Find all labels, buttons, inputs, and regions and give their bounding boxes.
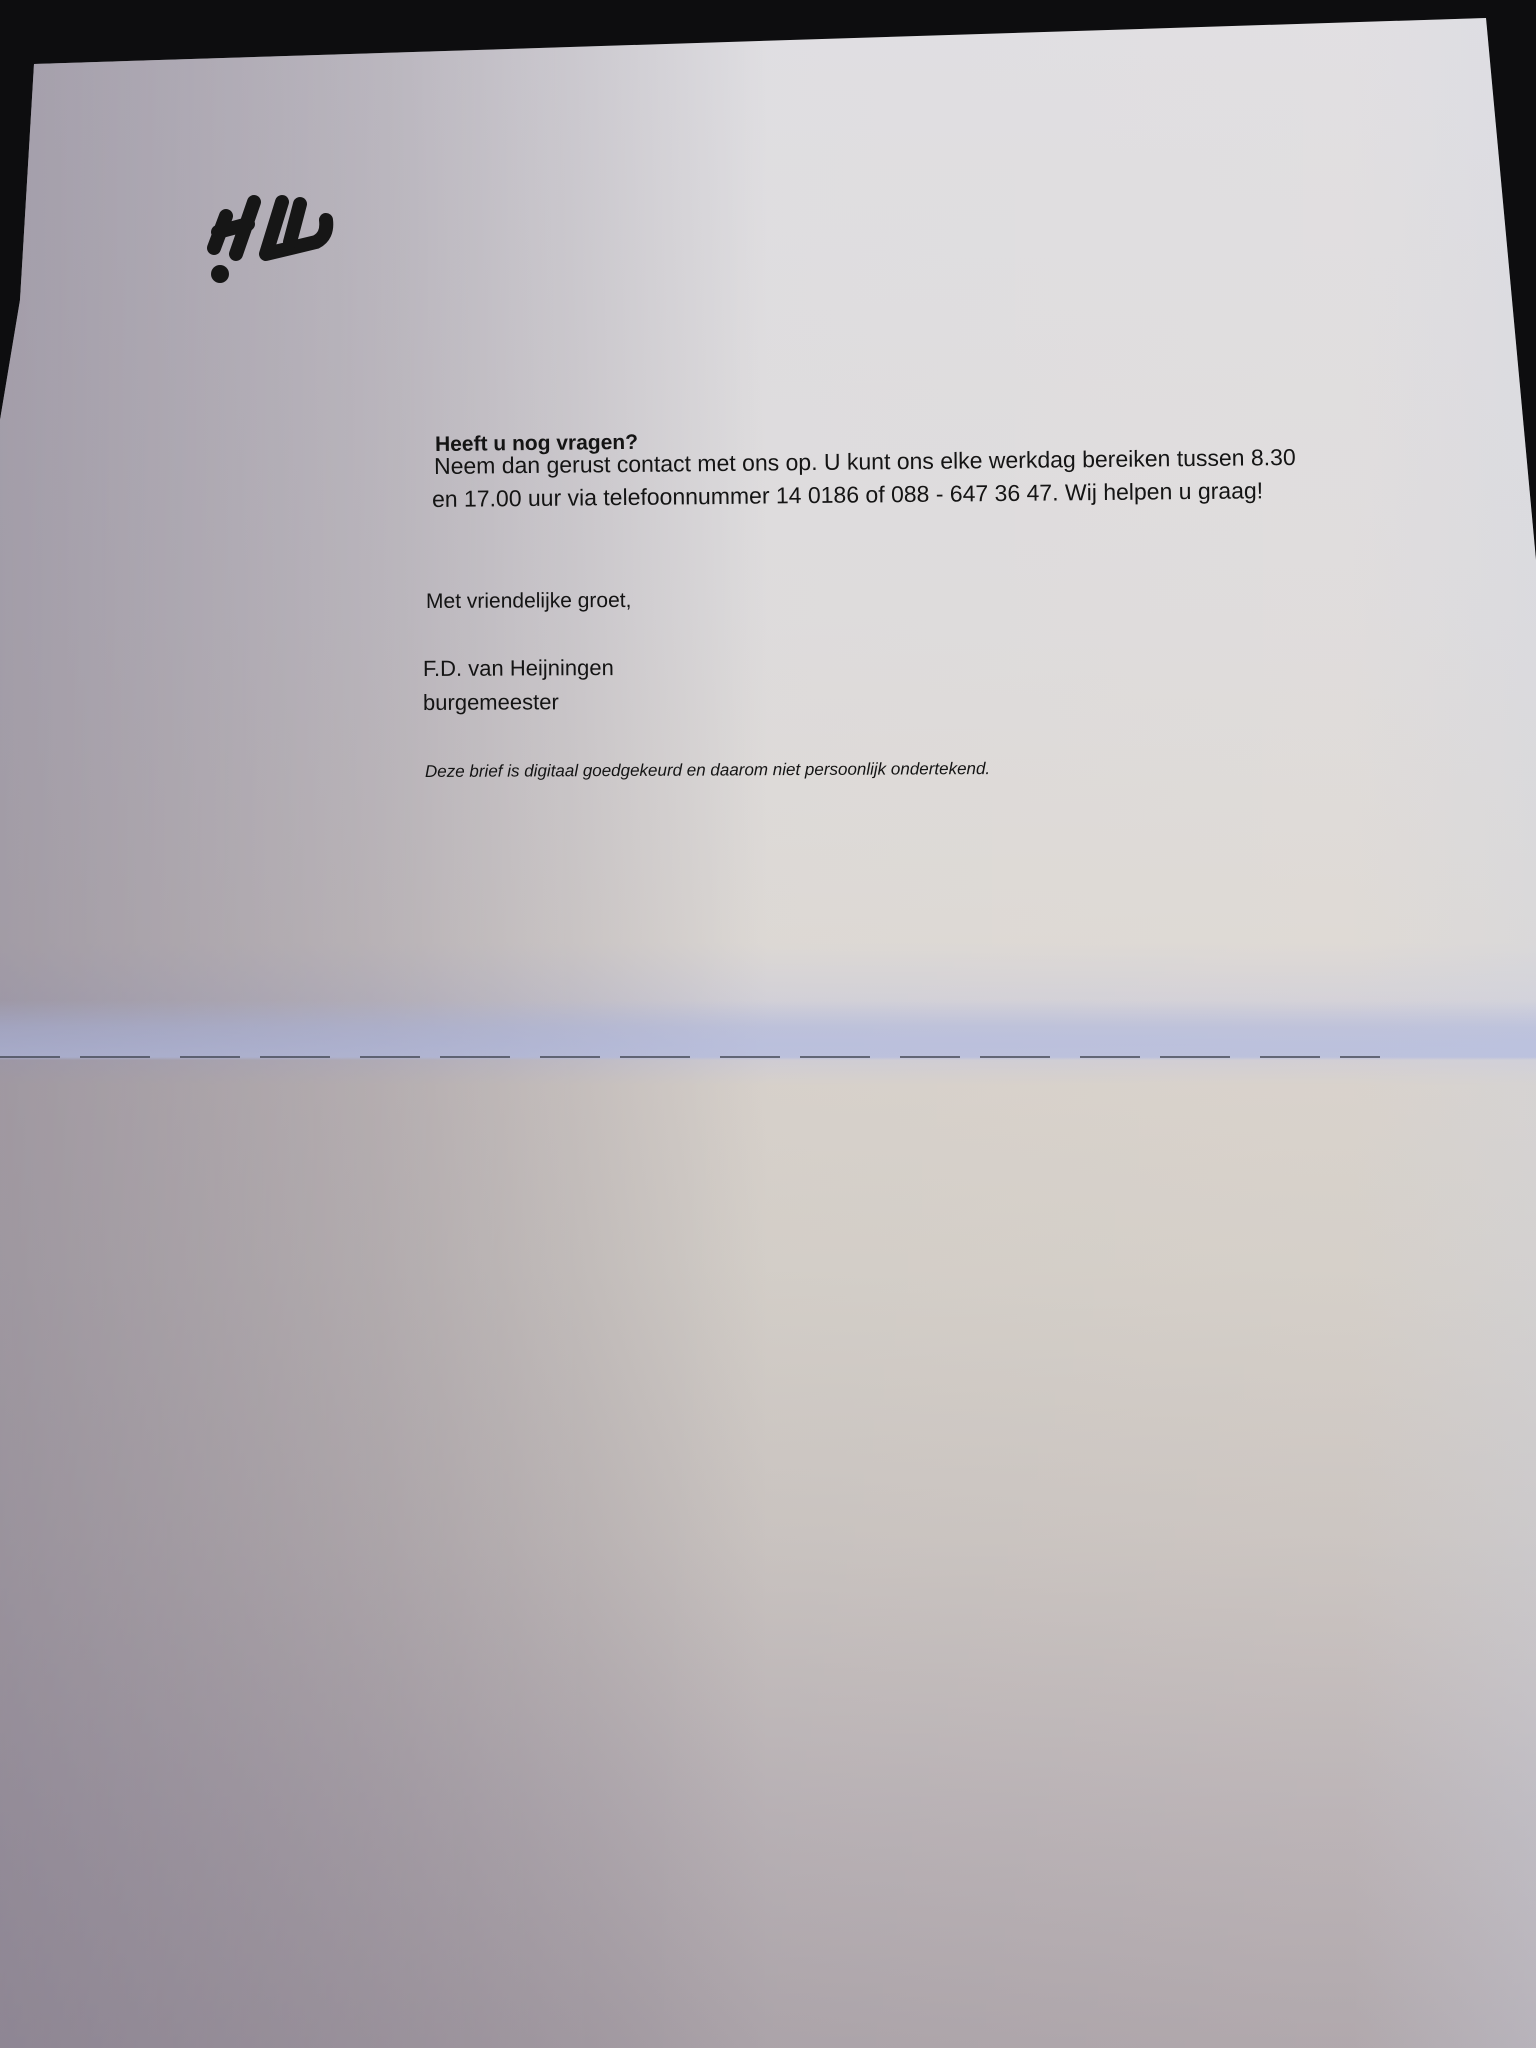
signatory-title: burgemeester xyxy=(423,689,559,716)
letter-paper: Heeft u nog vragen? Neem dan gerust cont… xyxy=(0,0,1536,2048)
hw-logo-icon xyxy=(192,190,338,286)
fold-shadow xyxy=(0,1000,1536,1060)
signatory-name: F.D. van Heijningen xyxy=(423,655,614,682)
signature-disclaimer: Deze brief is digitaal goedgekeurd en da… xyxy=(425,759,990,782)
fold-crease xyxy=(0,1056,1380,1058)
closing-greeting: Met vriendelijke groet, xyxy=(426,589,632,614)
